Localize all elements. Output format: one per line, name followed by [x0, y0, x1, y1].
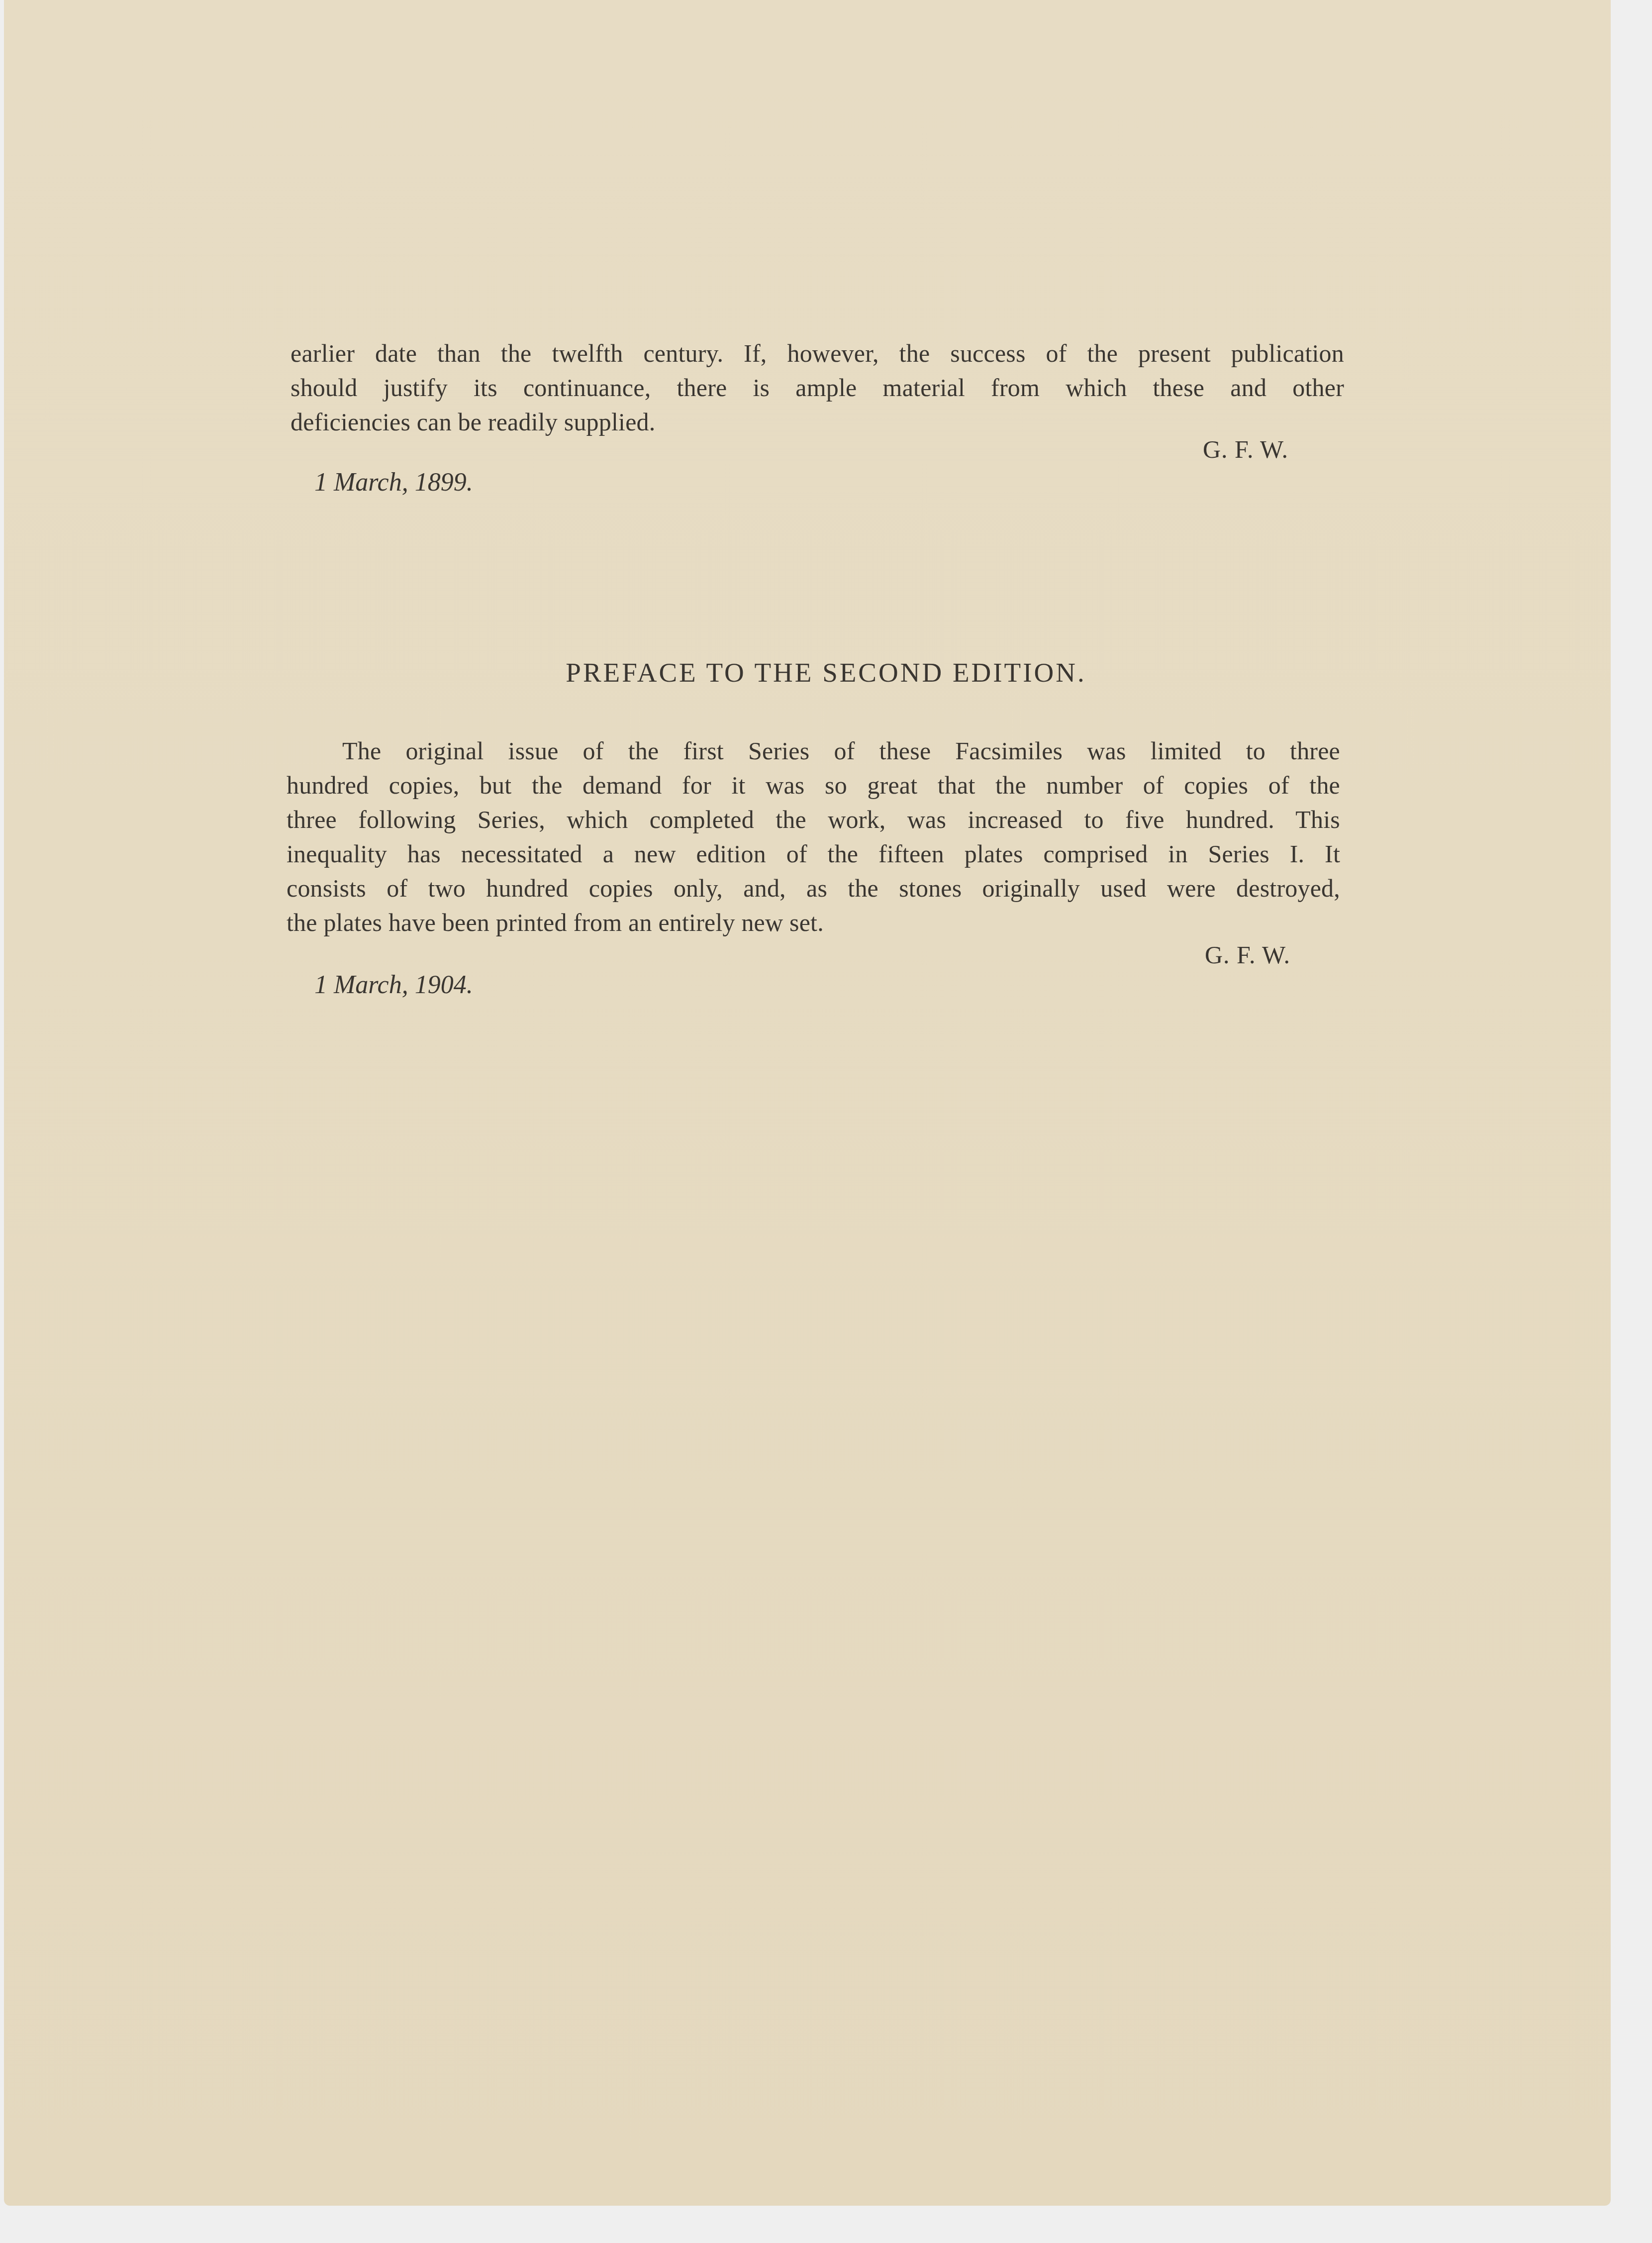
signature-first-preface: G. F. W.	[1203, 435, 1288, 464]
date-second-preface: 1 March, 1904.	[314, 970, 473, 1000]
paragraph-line: three following Series, which completed …	[287, 803, 1340, 837]
preface-second-edition-paragraph: The original issue of the first Series o…	[287, 734, 1340, 940]
paragraph-line: consists of two hundred copies only, and…	[287, 871, 1340, 906]
scanned-page: earlier date than the twelfth century. I…	[4, 0, 1611, 2206]
paragraph-line: should justify its continuance, there is…	[291, 371, 1344, 405]
paragraph-line: The original issue of the first Series o…	[287, 734, 1340, 768]
date-first-preface: 1 March, 1899.	[314, 468, 473, 497]
signature-second-preface: G. F. W.	[1205, 940, 1290, 969]
paragraph-line: inequality has necessitated a new editio…	[287, 837, 1340, 871]
section-heading-second-edition: PREFACE TO THE SECOND EDITION.	[0, 657, 1652, 688]
preface-first-edition-closing-paragraph: earlier date than the twelfth century. I…	[291, 336, 1344, 439]
paragraph-line: the plates have been printed from an ent…	[287, 906, 1340, 940]
paragraph-line: hundred copies, but the demand for it wa…	[287, 768, 1340, 803]
paragraph-line: deficiencies can be readily supplied.	[291, 405, 1344, 439]
paragraph-line: earlier date than the twelfth century. I…	[291, 336, 1344, 371]
